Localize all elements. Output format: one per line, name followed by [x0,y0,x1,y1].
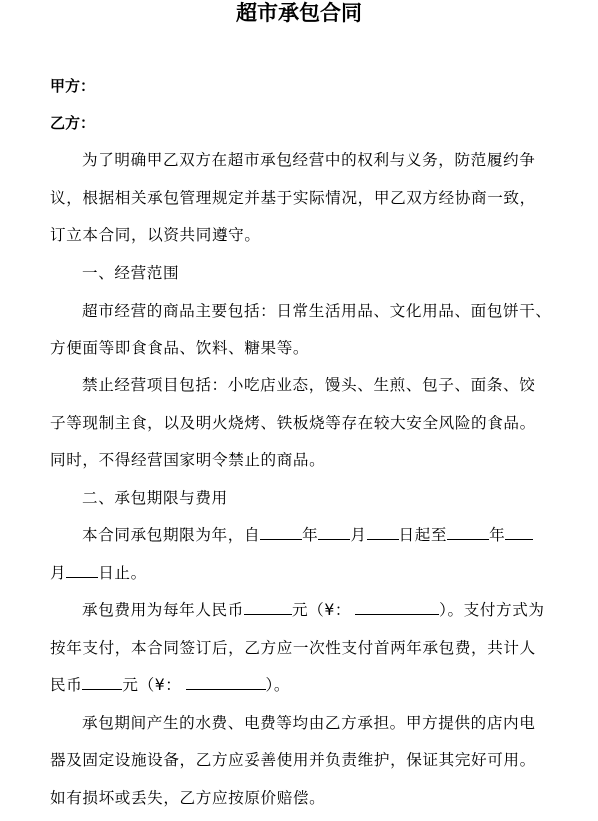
term-line-2: 月日止。 [50,563,550,583]
annual-fee-numeric-blank[interactable] [355,600,439,615]
party-b-label: 乙方： [50,113,95,133]
section1-para2-line-1: 禁止经营项目包括：小吃店业态，馒头、生煎、包子、面条、饺 [82,375,582,395]
start-year-blank[interactable] [260,525,302,540]
fee-line3-prefix: 民币 [50,676,82,694]
term-line-1: 本合同承包期限为年，自年月日起至年 [82,525,582,545]
party-a-label: 甲方： [50,76,95,96]
fee-line1-suffix: ）。支付方式为 [439,601,545,619]
fee-line3-suffix: ）。 [266,676,291,694]
section1-para1-line-1: 超市经营的商品主要包括：日常生活用品、文化用品、面包饼干、 [82,301,582,321]
year-label: 年 [302,526,318,544]
start-day-blank[interactable] [367,525,399,540]
month2-label: 月 [50,564,66,582]
document-title: 超市承包合同 [0,1,598,25]
section1-para1-line-2: 方便面等即食食品、饮料、糖果等。 [50,338,550,358]
end-day-blank[interactable] [66,563,98,578]
year2-label: 年 [489,526,505,544]
preamble-line-2: 议，根据相关承包管理规定并基于实际情况，甲乙双方经协商一致， [50,188,550,208]
section2-heading: 二、承包期限与费用 [82,488,582,508]
month-label: 月 [350,526,366,544]
term-prefix: 本合同承包期限为年，自 [82,526,260,544]
yuan2-label: 元（¥： [122,676,181,694]
start-month-blank[interactable] [318,525,350,540]
section1-para2-line-3: 同时，不得经营国家明令禁止的商品。 [50,450,550,470]
fee-line-3: 民币元（¥：）。 [50,675,550,695]
day-from-label: 日起至 [399,526,448,544]
end-year-blank[interactable] [447,525,489,540]
total-fee-numeric-blank[interactable] [186,675,266,690]
preamble-line-3: 订立本合同，以资共同遵守。 [50,225,550,245]
total-fee-blank[interactable] [82,675,122,690]
annual-fee-blank[interactable] [244,600,292,615]
term-suffix: 日止。 [98,564,147,582]
section1-para2-line-2: 子等现制主食，以及明火烧烤、铁板烧等存在较大安全风险的食品。 [50,413,550,433]
end-month-blank[interactable] [505,525,533,540]
section1-heading: 一、经营范围 [82,263,582,283]
yuan-label: 元（¥： [292,601,351,619]
utilities-line-2: 器及固定设施设备，乙方应妥善使用并负责维护，保证其完好可用。 [50,750,550,770]
utilities-line-1: 承包期间产生的水费、电费等均由乙方承担。甲方提供的店内电 [82,713,582,733]
fee-prefix: 承包费用为每年人民币 [82,601,244,619]
utilities-line-3: 如有损坏或丢失，乙方应按原价赔偿。 [50,788,550,808]
preamble-line-1: 为了明确甲乙双方在超市承包经营中的权利与义务，防范履约争 [82,150,582,170]
fee-line-1: 承包费用为每年人民币元（¥：）。支付方式为 [82,600,582,620]
fee-line-2: 按年支付，本合同签订后，乙方应一次性支付首两年承包费，共计人 [50,638,550,658]
